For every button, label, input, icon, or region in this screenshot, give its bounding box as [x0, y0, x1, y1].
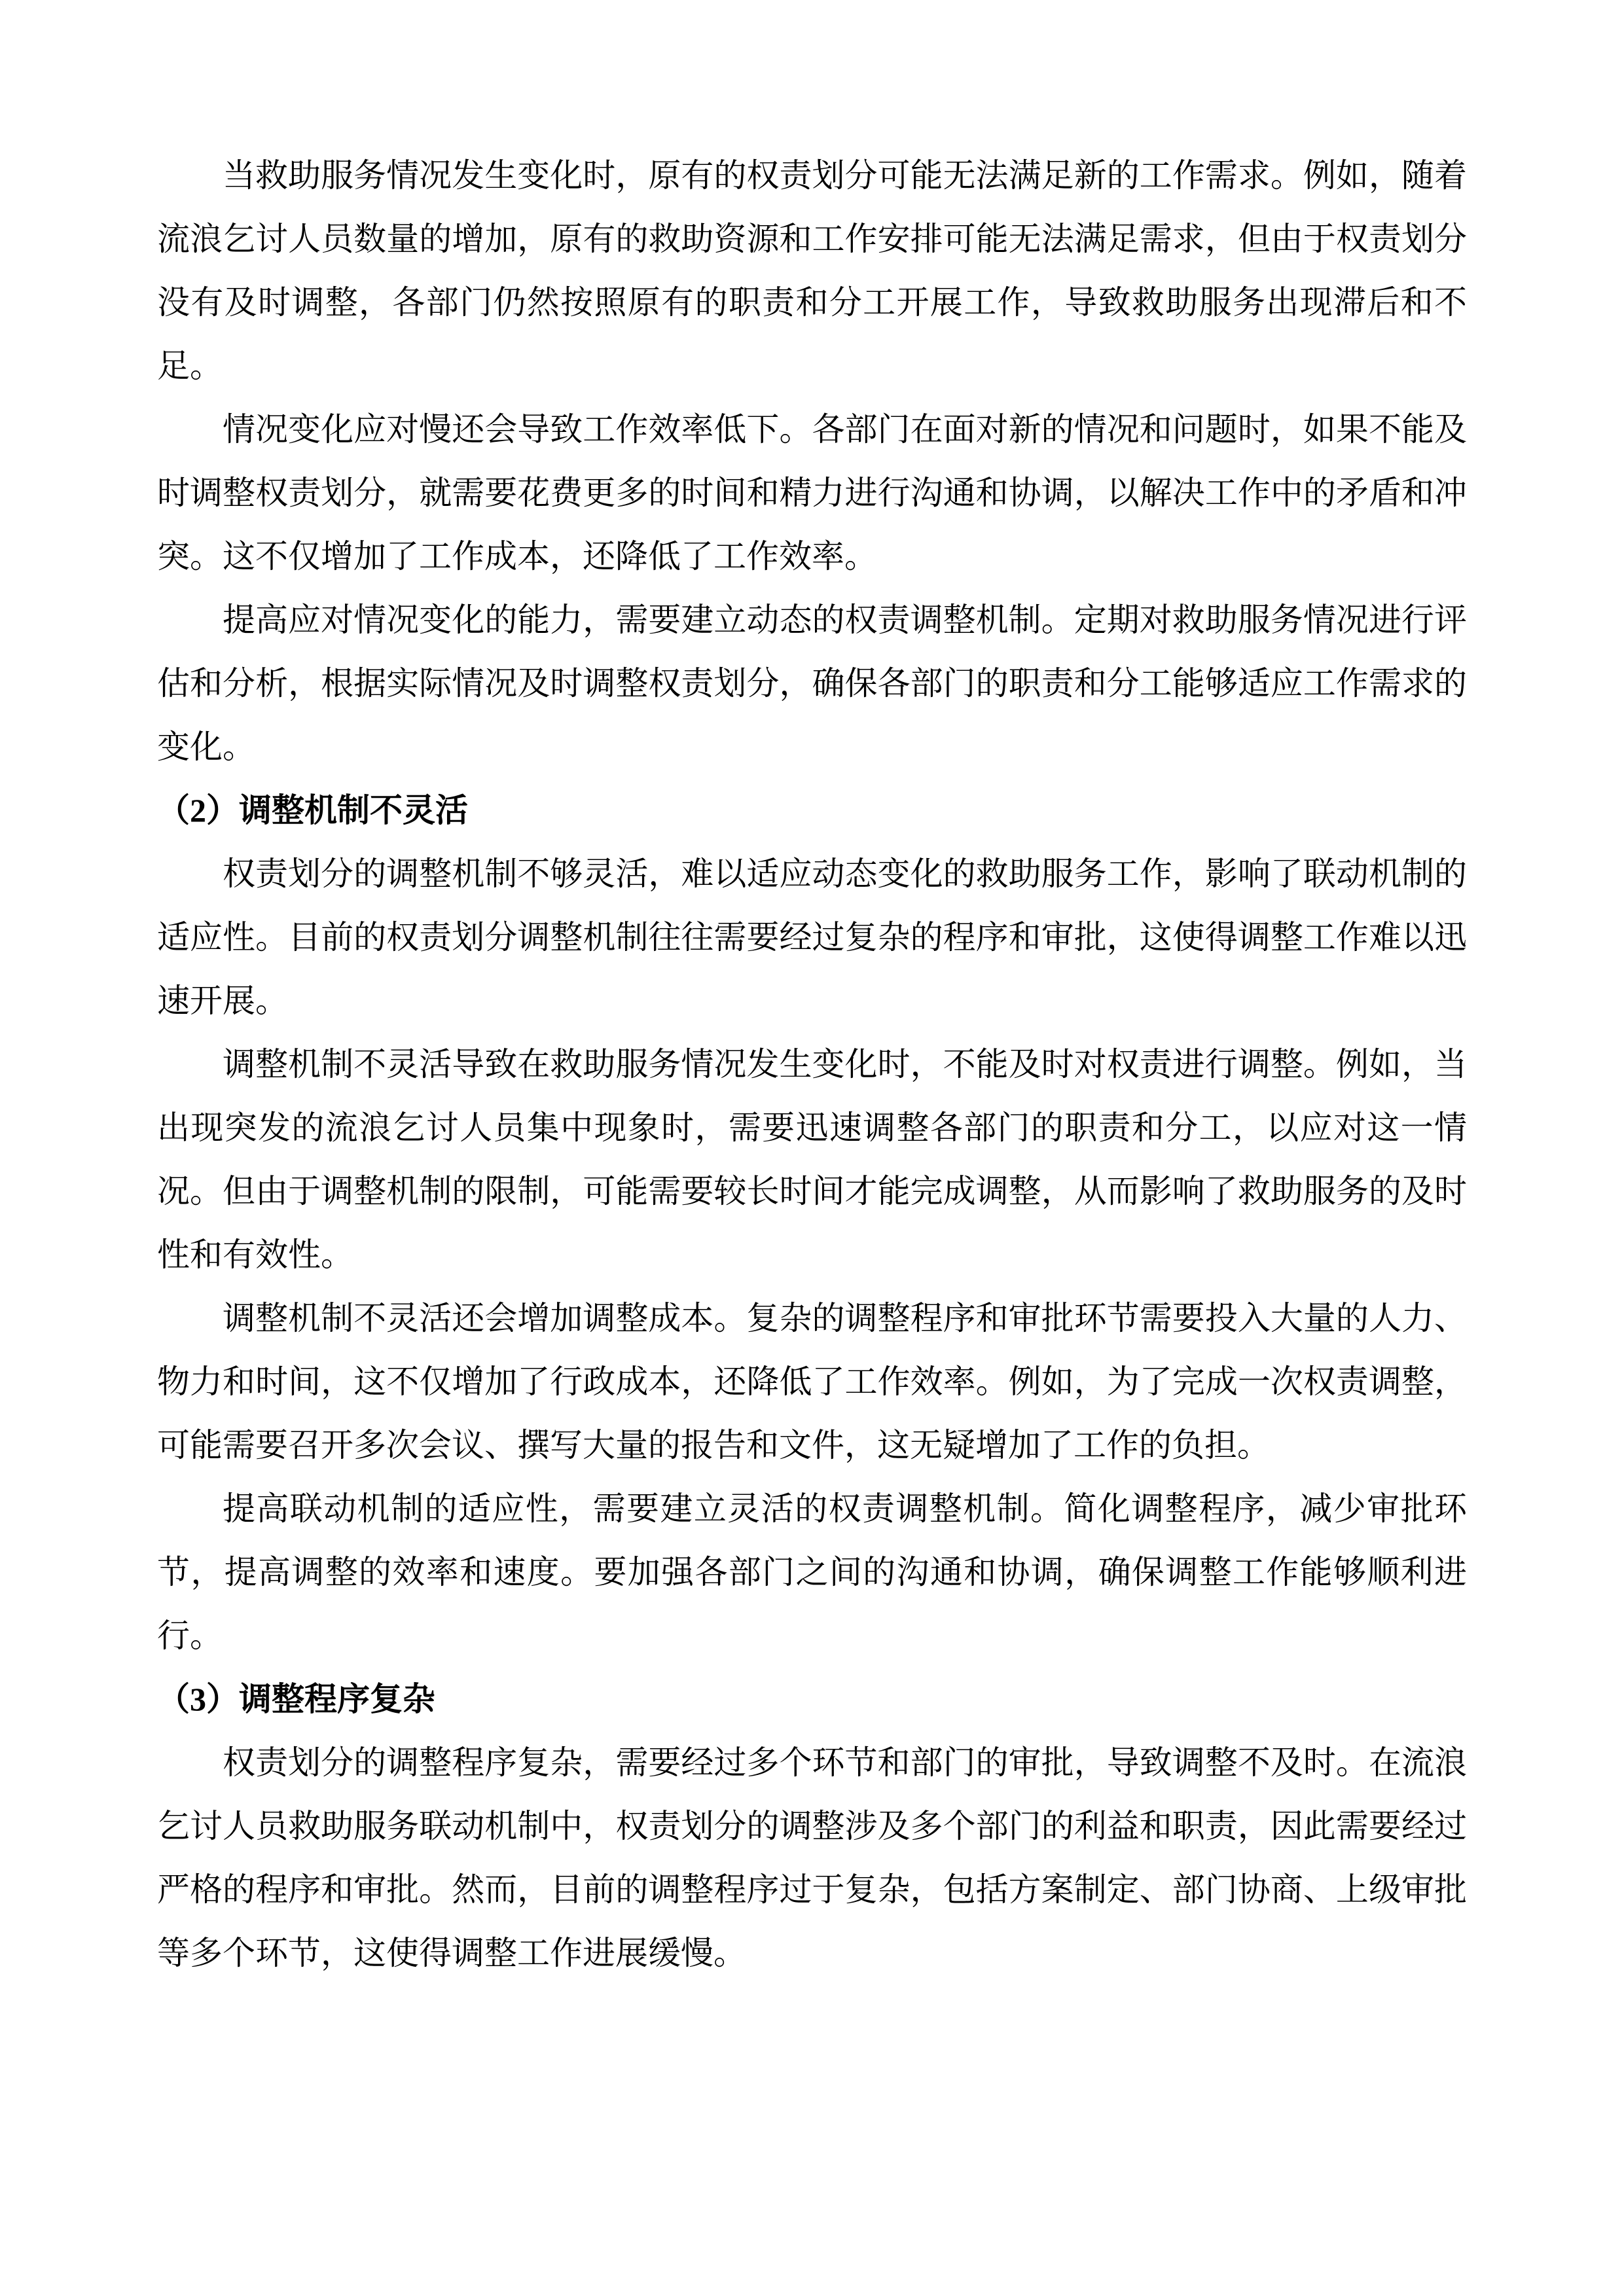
section-heading: （3）调整程序复杂 — [157, 1668, 1467, 1731]
paragraph: 权责划分的调整程序复杂，需要经过多个环节和部门的审批，导致调整不及时。在流浪乞讨… — [157, 1731, 1467, 1985]
document-page: 当救助服务情况发生变化时，原有的权责划分可能无法满足新的工作需求。例如，随着流浪… — [0, 0, 1624, 2296]
paragraph: 调整机制不灵活导致在救助服务情况发生变化时，不能及时对权责进行调整。例如，当出现… — [157, 1033, 1467, 1287]
paragraph: 情况变化应对慢还会导致工作效率低下。各部门在面对新的情况和问题时，如果不能及时调… — [157, 398, 1467, 588]
paragraph: 调整机制不灵活还会增加调整成本。复杂的调整程序和审批环节需要投入大量的人力、物力… — [157, 1287, 1467, 1477]
document-body: 当救助服务情况发生变化时，原有的权责划分可能无法满足新的工作需求。例如，随着流浪… — [157, 144, 1467, 1985]
paragraph: 提高应对情况变化的能力，需要建立动态的权责调整机制。定期对救助服务情况进行评估和… — [157, 588, 1467, 779]
paragraph: 权责划分的调整机制不够灵活，难以适应动态变化的救助服务工作，影响了联动机制的适应… — [157, 842, 1467, 1033]
paragraph: 当救助服务情况发生变化时，原有的权责划分可能无法满足新的工作需求。例如，随着流浪… — [157, 144, 1467, 398]
paragraph: 提高联动机制的适应性，需要建立灵活的权责调整机制。简化调整程序，减少审批环节，提… — [157, 1477, 1467, 1668]
section-heading: （2）调整机制不灵活 — [157, 779, 1467, 842]
